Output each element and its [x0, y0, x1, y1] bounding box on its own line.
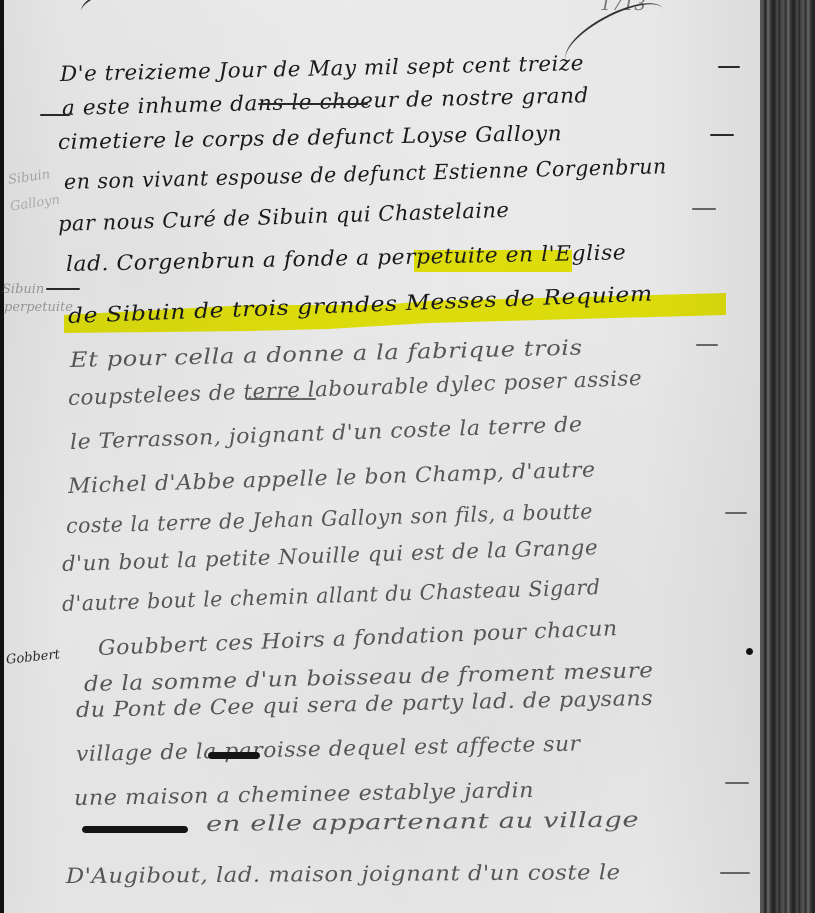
line-end-dash: [692, 208, 716, 210]
text-line-5: par nous Curé de Sibuin qui Chastelaine: [58, 198, 510, 236]
text-line-18: village de la paroisse dequel est affect…: [76, 731, 581, 766]
stray-mark: [78, 0, 121, 18]
ink-blot: [746, 648, 753, 655]
text-line-3: cimetiere le corps de defunct Loyse Gall…: [58, 121, 562, 154]
text-line-14: d'autre bout le chemin allant du Chastea…: [62, 575, 601, 616]
strikethrough: [258, 103, 368, 105]
strikethrough: [246, 398, 316, 400]
text-line-13: d'un bout la petite Nouille qui est de l…: [62, 535, 599, 576]
margin-note: Sibuin: [2, 282, 44, 297]
text-line-20: en elle appartenant au village: [206, 807, 639, 836]
text-line-21: D'Augibout, lad. maison joignant d'un co…: [66, 860, 621, 888]
margin-note: perpetuite: [4, 300, 73, 315]
margin-note: Galloyn: [9, 193, 61, 215]
text-line-15: Goubbert ces Hoirs a fondation pour chac…: [98, 616, 619, 660]
line-end-dash: [720, 872, 750, 874]
margin-note: Gobbert: [5, 647, 60, 668]
ink-strikeout: [82, 826, 188, 833]
line-start-dash: [46, 288, 80, 290]
text-line-4: en son vivant espouse de defunct Estienn…: [64, 154, 667, 194]
line-end-dash: [725, 512, 747, 514]
text-line-19: une maison a cheminee establye jardin: [74, 778, 534, 810]
line-end-dash: [725, 782, 749, 784]
text-line-10: le Terrasson, joignant d'un coste la ter…: [70, 412, 583, 454]
text-line-8: Et pour cella a donne a la fabrique troi…: [70, 335, 583, 372]
text-line-11: Michel d'Abbe appelle le bon Champ, d'au…: [68, 457, 596, 498]
text-line-2: a este inhume dans le choeur de nostre g…: [62, 83, 589, 120]
margin-note: Sibuin: [7, 167, 51, 188]
line-end-dash: [710, 134, 734, 136]
text-line-9: coupstelees de terre labourable dylec po…: [68, 366, 643, 410]
page-left-edge: [0, 0, 4, 913]
text-line-12: coste la terre de Jehan Galloyn son fils…: [66, 499, 594, 538]
book-binding: [760, 0, 815, 913]
ink-strikeout: [208, 752, 260, 759]
line-end-dash: [696, 344, 718, 346]
line-start-dash: [40, 114, 70, 116]
line-end-dash: [718, 66, 740, 68]
manuscript-page: 1713 Sibuin Galloyn Sibuin perpetuite Go…: [0, 0, 760, 913]
text-line-1: D'e treizieme Jour de May mil sept cent …: [60, 51, 584, 86]
